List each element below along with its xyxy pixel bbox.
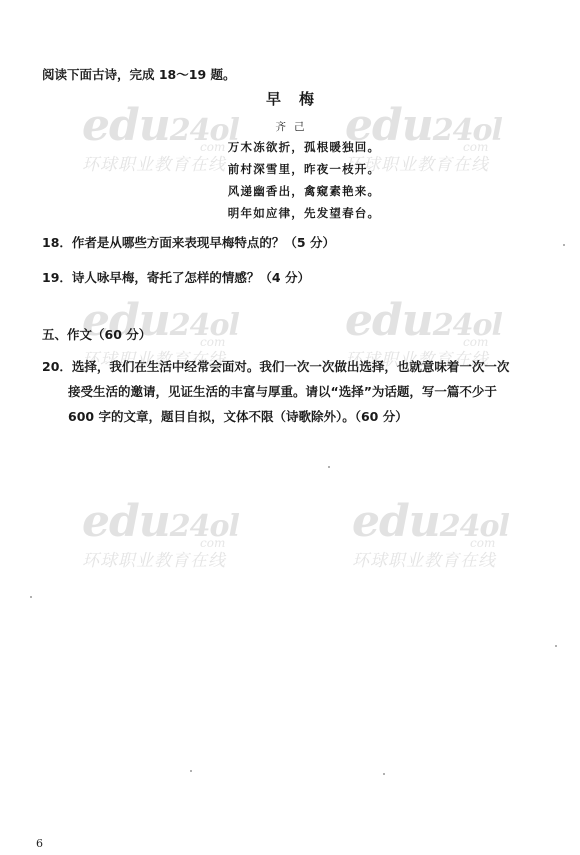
question-20-line: 600 字的文章，题目自拟，文体不限（诗歌除外）。（60 分） [68,407,408,425]
page-number: 6 [36,837,43,850]
watermark-logo-num: 24ol [440,509,509,544]
poem-line: 风递幽香出，禽窥素艳来。 [0,183,580,199]
watermark-logo-text: edu [82,496,170,547]
watermark-logo-num: 24ol [170,308,239,343]
poem-line: 前村深雪里，昨夜一枝开。 [0,161,580,177]
watermark-dotcom: com [470,536,495,550]
watermark-logo: edu24ol com 环球职业教育在线 [82,500,252,570]
watermark-dotcom: com [200,335,225,349]
watermark-logo-text: edu [345,295,433,346]
section-heading: 五、作文（60 分） [42,325,151,343]
scan-speck [563,244,565,246]
scan-speck [30,596,32,598]
scan-speck [328,466,330,468]
watermark-tagline: 环球职业教育在线 [82,546,226,571]
question-20-line: 20．选择，我们在生活中经常会面对。我们一次一次做出选择，也就意味着一次一次 [42,357,509,375]
scan-speck [383,773,385,775]
poem-title: 早梅 [0,88,580,109]
watermark-logo: edu24ol com 环球职业教育在线 [352,500,522,570]
question-18: 18．作者是从哪些方面来表现早梅特点的？（5 分） [42,233,335,251]
scan-speck [555,645,557,647]
watermark-logo-num: 24ol [433,308,502,343]
watermark-dotcom: com [200,536,225,550]
watermark-dotcom: com [463,335,488,349]
poem-author: 齐己 [0,119,580,134]
watermark-logo-text: edu [352,496,440,547]
reading-instruction: 阅读下面古诗，完成 18～19 题。 [42,65,236,83]
poem-line: 万木冻欲折，孤根暖独回。 [0,139,580,155]
watermark-logo-num: 24ol [170,509,239,544]
watermark-tagline: 环球职业教育在线 [352,546,496,571]
scan-speck [330,188,332,190]
question-20-line: 接受生活的邀请，见证生活的丰富与厚重。请以“选择”为话题，写一篇不少于 [68,382,497,400]
scan-speck [190,770,192,772]
question-19: 19．诗人咏早梅，寄托了怎样的情感？（4 分） [42,268,310,286]
poem-line: 明年如应律，先发望春台。 [0,205,580,221]
